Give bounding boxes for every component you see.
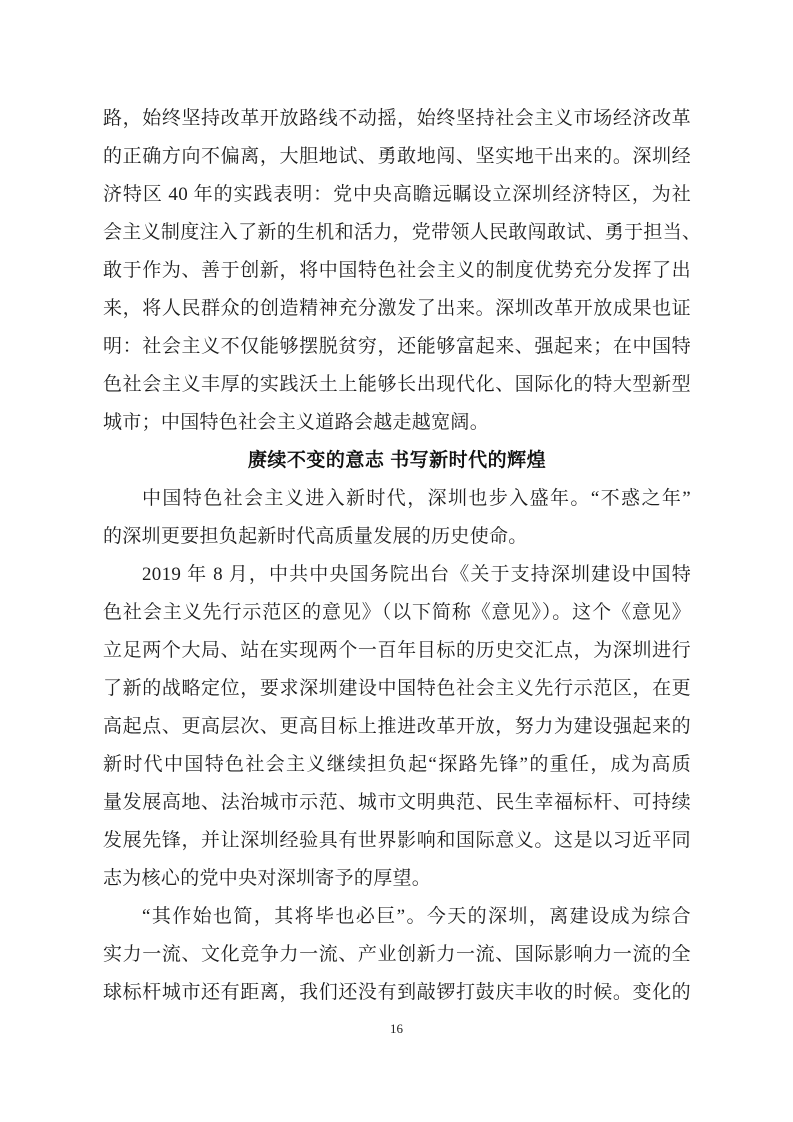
body-text-line: 明：社会主义不仅能够摆脱贫穷，还能够富起来、强起来；在中国特 (103, 328, 691, 366)
body-text-line: 发展先锋，并让深圳经验具有世界影响和国际意义。这是以习近平同 (103, 822, 691, 860)
body-text-line: 城市；中国特色社会主义道路会越走越宽阔。 (103, 404, 691, 442)
body-text-line: 立足两个大局、站在实现两个一百年目标的历史交汇点，为深圳进行 (103, 632, 691, 670)
page-number: 16 (0, 1021, 793, 1037)
body-text-line: 中国特色社会主义进入新时代，深圳也步入盛年。“不惑之年” (103, 480, 691, 518)
body-text-line: 球标杆城市还有距离，我们还没有到敲锣打鼓庆丰收的时候。变化的 (103, 974, 691, 1012)
body-text-line: 了新的战略定位，要求深圳建设中国特色社会主义先行示范区，在更 (103, 670, 691, 708)
body-text-line: 来，将人民群众的创造精神充分激发了出来。深圳改革开放成果也证 (103, 290, 691, 328)
body-text-line: 实力一流、文化竞争力一流、产业创新力一流、国际影响力一流的全 (103, 936, 691, 974)
body-text-line: 新时代中国特色社会主义继续担负起“探路先锋”的重任，成为高质 (103, 746, 691, 784)
body-text-line: 敢于作为、善于创新，将中国特色社会主义的制度优势充分发挥了出 (103, 252, 691, 290)
body-text-line: 济特区 40 年的实践表明：党中央高瞻远瞩设立深圳经济特区，为社 (103, 176, 691, 214)
body-text-line: 高起点、更高层次、更高目标上推进改革开放，努力为建设强起来的 (103, 708, 691, 746)
body-text: 路，始终坚持改革开放路线不动摇，始终坚持社会主义市场经济改革 的正确方向不偏离，… (103, 100, 691, 1012)
body-text-line: 会主义制度注入了新的生机和活力，党带领人民敢闯敢试、勇于担当、 (103, 214, 691, 252)
body-text-line: 量发展高地、法治城市示范、城市文明典范、民生幸福标杆、可持续 (103, 784, 691, 822)
body-text-line: 志为核心的党中央对深圳寄予的厚望。 (103, 860, 691, 898)
body-text-line: 的深圳更要担负起新时代高质量发展的历史使命。 (103, 518, 691, 556)
body-text-line: “其作始也简，其将毕也必巨”。今天的深圳，离建设成为综合 (103, 898, 691, 936)
body-text-line: 色社会主义丰厚的实践沃土上能够长出现代化、国际化的特大型新型 (103, 366, 691, 404)
body-text-line: 路，始终坚持改革开放路线不动摇，始终坚持社会主义市场经济改革 (103, 100, 691, 138)
document-page: 路，始终坚持改革开放路线不动摇，始终坚持社会主义市场经济改革 的正确方向不偏离，… (0, 0, 793, 1122)
body-text-line: 的正确方向不偏离，大胆地试、勇敢地闯、坚实地干出来的。深圳经 (103, 138, 691, 176)
section-heading: 赓续不变的意志 书写新时代的辉煌 (103, 442, 691, 480)
body-text-line: 色社会主义先行示范区的意见》（以下简称《意见》）。这个《意见》 (103, 594, 691, 632)
body-text-line: 2019 年 8 月，中共中央国务院出台《关于支持深圳建设中国特 (103, 556, 691, 594)
